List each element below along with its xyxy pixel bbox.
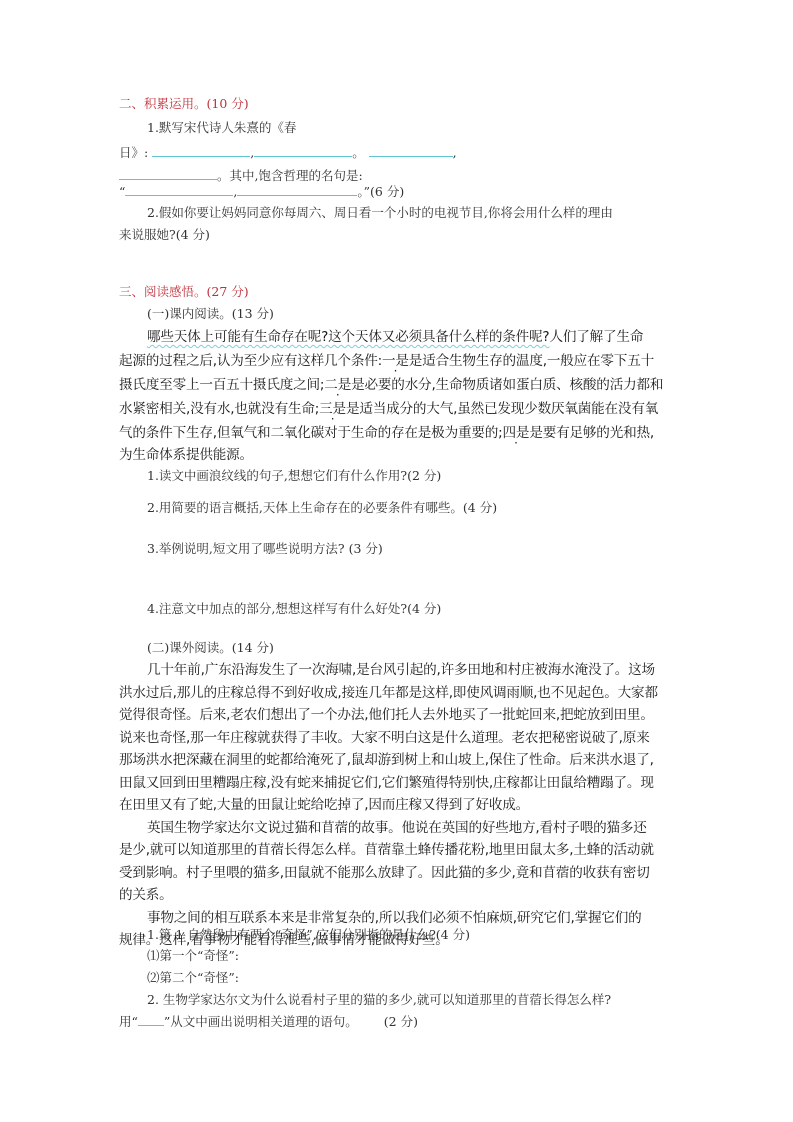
passage1-line: 为生命体系提供能源。 [119,447,253,463]
passage-text: 气的条件下生存,但氧气和二氧化碳对于生命的存在是极为重要的; [119,425,503,441]
passage2-line: 受到影响。村子里喂的猫多,田鼠就不能那么放肆了。因此猫的多少,竟和苜蓿的收获有密… [119,865,650,881]
passage1-line: 哪些天体上可能有生命存在呢?这个天体又必须具备什么样的条件呢?人们了解了生命 [119,329,643,345]
passage2-line: 事物之间的相互联系本来是非常复杂的,所以我们必须不怕麻烦,研究它们,掌握它们的 [119,910,642,926]
question-3-1-4: 4.注意文中加点的部分,想想这样写有什么好处?(4 分) [119,601,441,617]
passage-text: 是要有足够的光和热, [529,425,654,441]
question-3-1-2: 2.用简要的语言概括,天体上生命存在的必要条件有哪些。(4 分) [119,500,497,516]
question-text: ”从文中画出说明相关道理的语句。 [164,1014,358,1029]
question-text: 日》: [119,145,148,160]
question-text: 。其中,饱含哲理的名句是: [217,168,363,183]
question-3-2-2-line1: 2. 生物学家达尔文为什么说看村子里的猫的多少,就可以知道那里的苜蓿长得怎么样? [119,992,611,1008]
passage-text: 起源的过程之后,认为至少应有这样几个条件: [119,353,382,369]
subsection-title-in-class: (一)课内阅读。(13 分) [119,306,274,322]
passage1-line: 起源的过程之后,认为至少应有这样几个条件:一是是适合生物生存的温度,一般应在零下… [119,353,654,369]
passage2-line: 是少,就可以知道那里的苜蓿长得怎么样。苜蓿靠土蜂传播花粉,地里田鼠太多,土蜂的活… [119,842,654,858]
answer-blank[interactable] [237,182,357,196]
score-label: (2 分) [384,1014,418,1029]
answer-blank[interactable] [369,143,453,157]
passage-text: 是必要的水分,生命物质诸如蛋白质、核酸的活力都和 [351,377,663,393]
passage1-line: 气的条件下生存,但氧气和二氧化碳对于生命的存在是极为重要的;四是是要有足够的光和… [119,425,654,441]
question-3-1-3: 3.举例说明,短文用了哪些说明方法? (3 分) [119,541,383,557]
question-3-2-1-b: ⑵第二个“奇怪”: [119,970,239,986]
question-2-1-line2: 日》: ,。 , [119,143,457,161]
section-title-reading: 三、阅读感悟。(27 分) [119,284,249,300]
dotted-text: 三是 [319,401,346,417]
passage1-line: 水紧密相关,没有水,也就没有生命;三是是适当成分的大气,虽然已发现少数厌氧菌能在… [119,401,658,417]
question-2-1-line4: “,。”(6 分) [119,182,404,200]
question-3-2-2-line2: 用“”从文中画出说明相关道理的语句。(2 分) [119,1012,418,1030]
passage-text: 是适合生物生存的温度,一般应在零下五十 [409,353,654,369]
answer-blank[interactable] [119,166,217,180]
question-3-2-1-a: ⑴第一个“奇怪”: [119,948,239,964]
passage2-line: 洪水过后,那儿的庄稼总得不到好收成,接连几年都是这样,即使风调雨顺,也不见起色。… [119,685,658,701]
answer-blank[interactable] [125,182,233,196]
dotted-text: 二是 [324,377,351,393]
answer-blank[interactable] [152,143,250,157]
section-title-accumulation: 二、积累运用。(10 分) [119,96,249,112]
dotted-text: 四是 [503,425,530,441]
question-3-2-1: 1.第 1 自然段中有两个“奇怪”,它们分别指的是什么?(4 分) [119,927,470,943]
passage2-line: 的关系。 [119,887,173,903]
passage2-line: 几十年前,广东沿海发生了一次海啸,是台风引起的,许多田地和村庄被海水淹没了。这场 [119,662,655,678]
passage2-line: 英国生物学家达尔文说过猫和苜蓿的故事。他说在英国的好些地方,看村子喂的猫多还 [119,820,647,836]
question-text: 用“ [119,1014,138,1029]
question-2-2-line2: 来说服她?(4 分) [119,227,210,243]
answer-blank[interactable] [254,143,352,157]
passage1-line: 摄氏度至零上一百五十摄氏度之间;二是是必要的水分,生命物质诸如蛋白质、核酸的活力… [119,377,663,393]
passage-text: 水紧密相关,没有水,也就没有生命; [119,401,319,417]
wavy-underlined-sentence: 哪些天体上可能有生命存在呢?这个天体又必须具备什么样的条件呢? [147,329,549,345]
dotted-text: 一是 [382,353,409,369]
passage2-line: 在田里又有了蛇,大量的田鼠让蛇给吃掉了,因而庄稼又得到了好收成。 [119,797,529,813]
passage2-line: 那场洪水把深藏在洞里的蛇都给淹死了,鼠却游到树上和山坡上,保住了性命。后来洪水退… [119,752,654,768]
question-3-1-1: 1.读文中画浪纹线的句子,想想它们有什么作用?(2 分) [119,468,441,484]
subsection-title-extracurricular: (二)课外阅读。(14 分) [119,640,274,656]
quote-close: 。”(6 分) [357,184,404,199]
passage-text: 是适当成分的大气,虽然已发现少数厌氧菌能在没有氧 [346,401,658,417]
question-2-2-line1: 2.假如你要让妈妈同意你每周六、周日看一个小时的电视节目,你将会用什么样的理由 [119,205,613,221]
passage2-line: 觉得很奇怪。后来,老农们想出了一个办法,他们托人去外地买了一批蛇回来,把蛇放到田… [119,707,654,723]
passage-text: 摄氏度至零上一百五十摄氏度之间; [119,377,324,393]
passage2-line: 说来也奇怪,那一年庄稼就获得了丰收。大家不明白这是什么道理。老农把秘密说破了,原… [119,730,650,746]
answer-blank[interactable] [138,1012,164,1026]
question-2-1-line1: 1.默写宋代诗人朱熹的《春 [119,120,296,136]
passage-text: 人们了解了生命 [549,329,643,345]
passage2-line: 田鼠又回到田里糟蹋庄稼,没有蛇来捕捉它们,它们繁殖得特别快,庄稼都让田鼠给糟蹋了… [119,775,654,791]
